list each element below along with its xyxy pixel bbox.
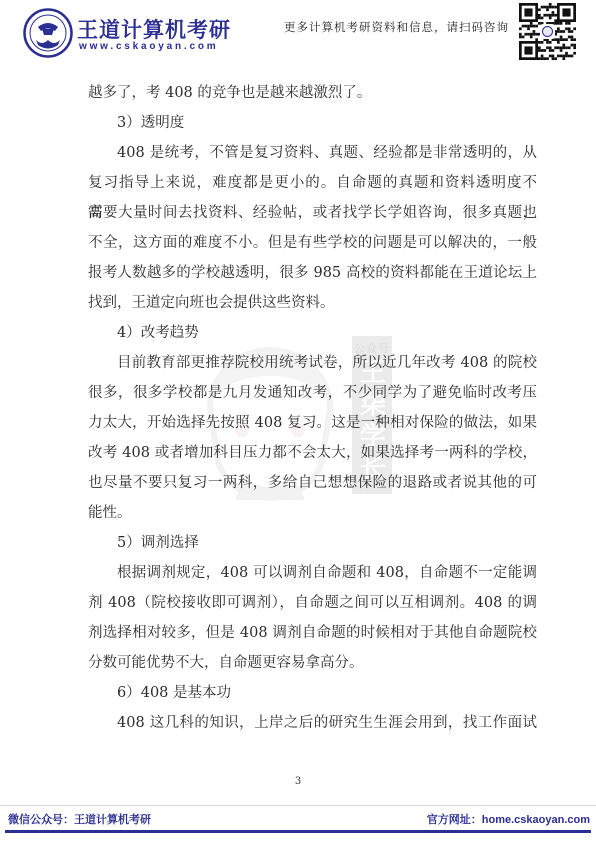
body-line: 5）调剂选择 [88, 528, 537, 558]
page-header: 王道计算机考研 www.cskaoyan.com 更多计算机考研资料和信息，请扫… [0, 0, 596, 64]
body-line: 408 这几科的知识，上岸之后的研究生生涯会用到，找工作面试 [88, 708, 537, 738]
body-line: 根据调剂规定，408 可以调剂自命题和 408，自命题不一定能调 [88, 558, 537, 588]
footer-navy-divider [5, 830, 591, 833]
body-line: 408 是统考，不管是复习资料、真题、经验都是非常透明的，从 [88, 138, 537, 168]
body-line: 能性。 [88, 498, 537, 528]
body-line: 复习指导上来说，难度都是更小的。自命题的真题和资料透明度不高， [88, 168, 537, 198]
brand-name: 王道计算机考研 [77, 14, 231, 44]
body-line: 6）408 是基本功 [88, 678, 537, 708]
body-line: 也尽量不要只复习一两科，多给自己想想保险的退路或者说其他的可 [88, 468, 537, 498]
qr-code [519, 3, 576, 60]
body-line: 4）改考趋势 [88, 318, 537, 348]
body-line: 报考人数越多的学校越透明，很多 985 高校的资料都能在王道论坛上 [88, 258, 537, 288]
qr-center-logo-icon [540, 24, 555, 39]
body-line: 需要大量时间去找资料、经验帖，或者找学长学姐咨询，很多真题也 [88, 198, 537, 228]
body-line: 剂选择相对较多，但是 408 调剂自命题的时候相对于其他自命题院校 [88, 618, 537, 648]
page-number: 3 [0, 776, 596, 787]
body-line: 找到，王道定向班也会提供这些资料。 [88, 288, 537, 318]
header-slogan: 更多计算机考研资料和信息，请扫码咨询 [284, 19, 509, 35]
body-line: 剂 408（院校接收即可调剂），自命题之间可以互相调剂。408 的调 [88, 588, 537, 618]
footer-wechat-account: 微信公众号：王道计算机考研 [8, 811, 151, 827]
body-line: 改考 408 或者增加科目压力都不会太大，如果选择考一两科的学校， [88, 438, 537, 468]
body-text: 越多了，考 408 的竞争也是越来越激烈了。3）透明度408 是统考，不管是复习… [88, 78, 537, 738]
footer: 微信公众号：王道计算机考研 官方网址：home.cskaoyan.com [0, 811, 596, 827]
body-line: 不全，这方面的难度不小。但是有些学校的问题是可以解决的，一般 [88, 228, 537, 258]
document-page: 王道计算机考研 www.cskaoyan.com 更多计算机考研资料和信息，请扫… [0, 0, 596, 842]
body-line: 目前教育部更推荐院校用统考试卷，所以近几年改考 408 的院校 [88, 348, 537, 378]
body-line: 越多了，考 408 的竞争也是越来越激烈了。 [88, 78, 537, 108]
footer-top-divider [0, 805, 596, 806]
body-line: 分数可能优势不大，自命题更容易拿高分。 [88, 648, 537, 678]
body-line: 3）透明度 [88, 108, 537, 138]
body-line: 力太大，开始选择先按照 408 复习。这是一种相对保险的做法，如果 [88, 408, 537, 438]
brand-url: www.cskaoyan.com [79, 41, 218, 52]
wangdao-logo-icon [22, 7, 74, 59]
footer-website: 官方网址：home.cskaoyan.com [427, 811, 590, 827]
body-line: 很多，很多学校都是九月发通知改考，不少同学为了避免临时改考压 [88, 378, 537, 408]
